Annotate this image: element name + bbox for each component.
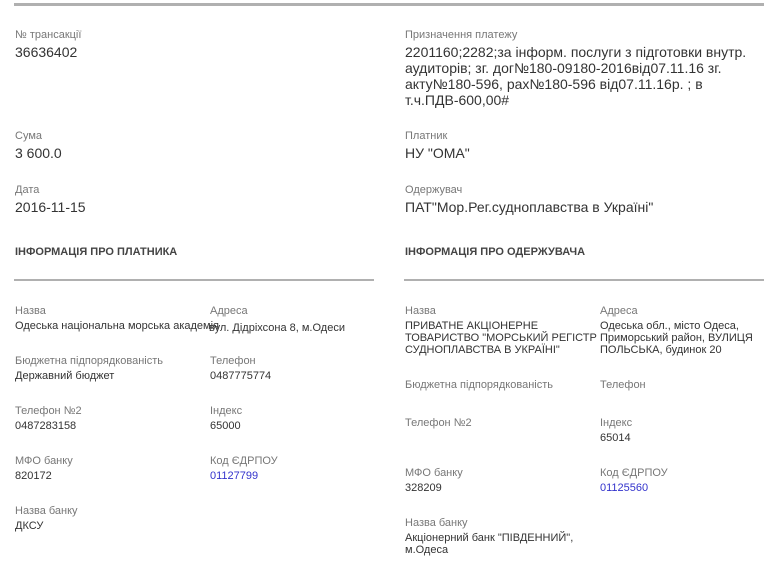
recipient-phone2-label: Телефон №2	[405, 416, 600, 430]
recipient-label: Одержувач	[405, 183, 765, 197]
payer-phone2-field: Телефон №2 0487283158	[15, 404, 210, 432]
purpose-field: Призначення платежу 2201160;2282;за інфо…	[405, 28, 750, 108]
top-divider	[14, 3, 764, 6]
recipient-phone-field: Телефон	[600, 378, 770, 394]
payer-index-label: Індекс	[210, 404, 380, 418]
amount-value: 3 600.0	[15, 145, 62, 161]
transaction-id-label: № трансакції	[15, 28, 81, 42]
date-label: Дата	[15, 183, 86, 197]
payer-phone2-label: Телефон №2	[15, 404, 210, 418]
payer-index-field: Індекс 65000	[210, 404, 380, 432]
recipient-mfo-value: 328209	[405, 482, 600, 494]
payer-edrpou-label: Код ЄДРПОУ	[210, 454, 380, 468]
date-field: Дата 2016-11-15	[15, 183, 86, 215]
payer-field: Платник НУ "ОМА"	[405, 129, 470, 161]
payer-edrpou-link[interactable]: 01127799	[210, 470, 380, 482]
recipient-budget-field: Бюджетна підпорядкованість	[405, 378, 600, 394]
recipient-edrpou-label: Код ЄДРПОУ	[600, 466, 770, 480]
payer-index-value: 65000	[210, 420, 380, 432]
payer-address-value: вул. Дідріхсона 8, м.Одеси	[209, 322, 409, 334]
payer-value: НУ "ОМА"	[405, 145, 470, 161]
recipient-value: ПАТ"Мор.Рег.судноплавства в Україні"	[405, 199, 765, 215]
recipient-mfo-field: МФО банку 328209	[405, 466, 600, 494]
payer-address-value-wrap: вул. Дідріхсона 8, м.Одеси	[209, 320, 409, 334]
payer-edrpou-field: Код ЄДРПОУ 01127799	[210, 454, 380, 482]
recipient-section-divider	[404, 279, 764, 281]
payer-budget-value: Державний бюджет	[15, 370, 210, 382]
recipient-budget-label: Бюджетна підпорядкованість	[405, 378, 600, 392]
payer-mfo-field: МФО банку 820172	[15, 454, 210, 482]
recipient-field: Одержувач ПАТ"Мор.Рег.судноплавства в Ук…	[405, 183, 765, 215]
payer-bank-label: Назва банку	[15, 504, 210, 518]
recipient-bank-field: Назва банку Акціонерний банк "ПІВДЕННИЙ"…	[405, 516, 625, 556]
transaction-id-field: № трансакції 36636402	[15, 28, 81, 60]
recipient-name-label: Назва	[405, 304, 600, 318]
recipient-index-field: Індекс 65014	[600, 416, 770, 444]
amount-field: Сума 3 600.0	[15, 129, 62, 161]
recipient-edrpou-link[interactable]: 01125560	[600, 482, 770, 494]
payer-mfo-label: МФО банку	[15, 454, 210, 468]
recipient-index-value: 65014	[600, 432, 770, 444]
recipient-mfo-label: МФО банку	[405, 466, 600, 480]
recipient-name-value: ПРИВАТНЕ АКЦІОНЕРНЕ ТОВАРИСТВО "МОРСЬКИЙ…	[405, 320, 600, 356]
payer-phone-value: 0487775774	[210, 370, 380, 382]
recipient-address-field: Адреса Одеська обл., місто Одеса, Примор…	[600, 304, 770, 356]
payer-bank-value: ДКСУ	[15, 520, 210, 532]
transaction-id-value: 36636402	[15, 44, 81, 60]
recipient-address-label: Адреса	[600, 304, 770, 318]
recipient-bank-value: Акціонерний банк "ПІВДЕННИЙ", м.Одеса	[405, 532, 625, 556]
purpose-label: Призначення платежу	[405, 28, 750, 42]
recipient-info-heading: ІНФОРМАЦІЯ ПРО ОДЕРЖУВАЧА	[405, 245, 585, 259]
recipient-address-value: Одеська обл., місто Одеса, Приморський р…	[600, 320, 770, 356]
payer-section-divider	[14, 279, 374, 281]
purpose-value: 2201160;2282;за інформ. послуги з підгот…	[405, 44, 750, 108]
payer-bank-field: Назва банку ДКСУ	[15, 504, 210, 532]
recipient-bank-label: Назва банку	[405, 516, 625, 530]
payer-address-label: Адреса	[210, 304, 380, 318]
recipient-phone-label: Телефон	[600, 378, 770, 392]
payer-address-field: Адреса	[210, 304, 380, 318]
recipient-edrpou-field: Код ЄДРПОУ 01125560	[600, 466, 770, 494]
date-value: 2016-11-15	[15, 199, 86, 215]
recipient-index-label: Індекс	[600, 416, 770, 430]
amount-label: Сума	[15, 129, 62, 143]
payer-phone-label: Телефон	[210, 354, 380, 368]
payer-mfo-value: 820172	[15, 470, 210, 482]
recipient-name-field: Назва ПРИВАТНЕ АКЦІОНЕРНЕ ТОВАРИСТВО "МО…	[405, 304, 600, 356]
payer-label: Платник	[405, 129, 470, 143]
payer-info-heading: ІНФОРМАЦІЯ ПРО ПЛАТНИКА	[15, 245, 177, 259]
payer-phone2-value: 0487283158	[15, 420, 210, 432]
payer-budget-field: Бюджетна підпорядкованість Державний бюд…	[15, 354, 210, 382]
recipient-phone2-field: Телефон №2	[405, 416, 600, 432]
payer-budget-label: Бюджетна підпорядкованість	[15, 354, 210, 368]
payer-phone-field: Телефон 0487775774	[210, 354, 380, 382]
